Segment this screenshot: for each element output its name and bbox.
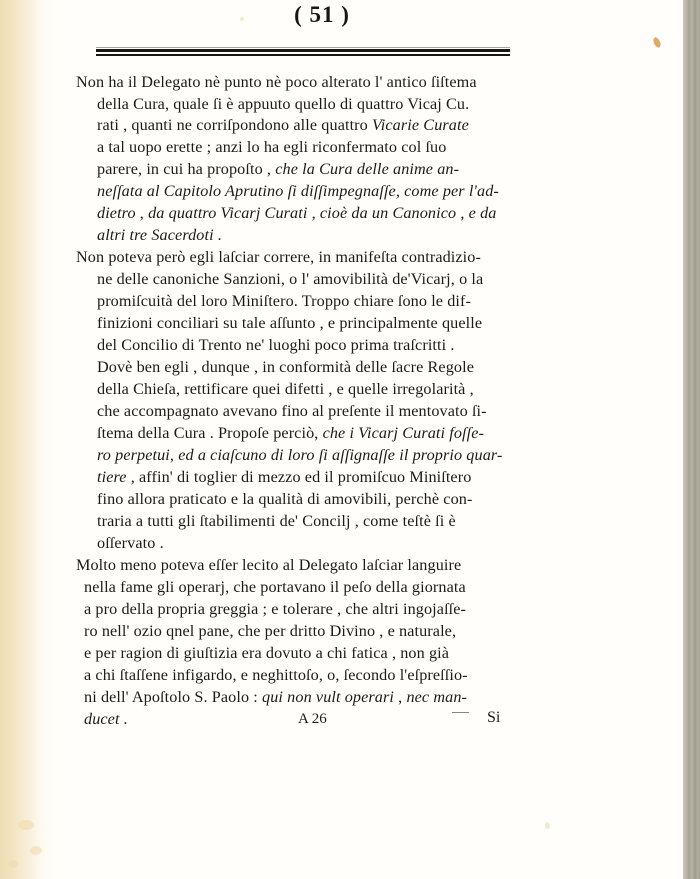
italic-text: ro perpetui [97, 446, 170, 464]
footer-dash [452, 712, 469, 713]
line-text: fino allora praticato e la qualità di am… [97, 490, 472, 508]
signature-mark: A 26 [298, 711, 327, 728]
line-text: rati , quanti ne corriſpondono alle quat… [97, 116, 372, 134]
text-line: Dovè ben egli , dunque , in conformità d… [97, 357, 474, 377]
line-text: nella fame gli operarj, che portavano il… [84, 578, 466, 596]
text-line: a pro della propria greggia ; e tolerare… [84, 599, 466, 619]
text-line: ni dell' Apoſtolo S. Paolo : qui non vul… [84, 687, 467, 707]
line-text: che accompagnato avevano fino al preſent… [97, 402, 487, 420]
line-text: e per ragion di giuſtizia era dovuto a c… [84, 644, 449, 662]
text-line: tiere , affin' di toglier di mezzo ed il… [97, 467, 471, 487]
header-double-rule [96, 47, 510, 56]
line-text: a pro della propria greggia ; e tolerare… [84, 600, 466, 618]
text-line: ro perpetui, ed a ciaſcuno di loro ſi aſ… [97, 445, 502, 465]
text-line: fino allora praticato e la qualità di am… [97, 489, 472, 509]
text-line: ducet . [84, 709, 128, 729]
text-line: che accompagnato avevano fino al preſent… [97, 401, 487, 421]
line-text: oſſervato . [97, 534, 164, 552]
italic-text: Vicarie Curate [372, 116, 469, 134]
ink-stain [652, 36, 662, 49]
foxing-spot [18, 820, 34, 830]
line-text: della Chieſa, rettificare quei difetti ,… [97, 380, 474, 398]
text-line: altri tre Sacerdoti . [97, 225, 222, 245]
catchword: Si [487, 709, 500, 727]
line-text: ni dell' Apoſtolo S. Paolo : [84, 688, 262, 706]
italic-text: nec man- [406, 688, 467, 706]
italic-text: dietro , da quattro Vicarj Curati , cioè… [97, 204, 496, 222]
text-line: rati , quanti ne corriſpondono alle quat… [97, 115, 469, 135]
foxing-spot [240, 17, 244, 21]
line-text: del Concilio di Trento ne' luoghi poco p… [97, 336, 455, 354]
line-text: finizioni conciliari su tale aſſunto , e… [97, 314, 482, 332]
text-line: nella fame gli operarj, che portavano il… [84, 577, 466, 597]
text-line: a tal uopo erette ; anzi lo ha egli rico… [97, 137, 446, 157]
line-text: parere, in cui ha propoſto , [97, 160, 275, 178]
rule-bottom-line [96, 54, 510, 56]
text-line: della Chieſa, rettificare quei difetti ,… [97, 379, 474, 399]
text-line: dietro , da quattro Vicarj Curati , cioè… [97, 203, 496, 223]
text-line: oſſervato . [97, 533, 164, 553]
italic-text: ducet . [84, 710, 128, 728]
text-line: del Concilio di Trento ne' luoghi poco p… [97, 335, 455, 355]
italic-text: ed a ciaſcuno di loro ſi aſſignaſſe il p… [178, 446, 502, 464]
italic-text: neſſata al Capitolo Aprutino ſi diſſimpe… [97, 182, 499, 200]
text-line: promiſcuità del loro Miniſtero. Troppo c… [97, 291, 471, 311]
text-line: della Cura, quale ſi è appuuto quello di… [97, 94, 469, 114]
line-text: Dovè ben egli , dunque , in conformità d… [97, 358, 474, 376]
line-text: , [170, 446, 178, 464]
text-line: finizioni conciliari su tale aſſunto , e… [97, 313, 482, 333]
text-line: Non ha il Delegato nè punto nè poco alte… [76, 72, 477, 92]
text-line: ſtema della Cura . Propoſe perciò, che i… [97, 423, 484, 443]
italic-text: che i Vicarj Curati foſſe- [323, 424, 484, 442]
line-text: Molto meno poteva eſſer lecito al Delega… [76, 556, 461, 574]
text-line: neſſata al Capitolo Aprutino ſi diſſimpe… [97, 181, 499, 201]
book-page: ( 51 ) Non ha il Delegato nè punto nè po… [0, 0, 700, 879]
page-edge-stack [683, 0, 700, 879]
line-text: ſtema della Cura . Propoſe perciò, [97, 424, 323, 442]
italic-text: tiere [97, 468, 127, 486]
line-text: a tal uopo erette ; anzi lo ha egli rico… [97, 138, 446, 156]
rule-thick-line [96, 49, 510, 52]
line-text: traria a tutti gli ſtabilimenti de' Conc… [97, 512, 456, 530]
text-line: parere, in cui ha propoſto , che la Cura… [97, 159, 459, 179]
italic-text: altri tre Sacerdoti . [97, 226, 222, 244]
text-line: traria a tutti gli ſtabilimenti de' Conc… [97, 511, 456, 531]
text-line: ro nell' ozio qnel pane, che per dritto … [84, 621, 456, 641]
line-text: ne delle canoniche Sanzioni, o l' amovib… [97, 270, 483, 288]
foxing-spot [8, 860, 18, 868]
text-line: e per ragion di giuſtizia era dovuto a c… [84, 643, 449, 663]
foxing-spot [545, 822, 550, 829]
line-text: Non poteva però egli laſciar correre, in… [76, 248, 481, 266]
line-text: Non ha il Delegato nè punto nè poco alte… [76, 73, 477, 91]
page-number: ( 51 ) [272, 2, 372, 28]
italic-text: che la Cura delle anime an- [275, 160, 459, 178]
line-text: della Cura, quale ſi è appuuto quello di… [97, 95, 469, 113]
text-line: ne delle canoniche Sanzioni, o l' amovib… [97, 269, 483, 289]
rule-thin-line [96, 47, 510, 48]
line-text: ro nell' ozio qnel pane, che per dritto … [84, 622, 456, 640]
line-text: , [394, 688, 406, 706]
text-line: a chi ſtaſſene infigardo, e neghittoſo, … [84, 665, 468, 685]
text-line: Molto meno poteva eſſer lecito al Delega… [76, 555, 461, 575]
italic-text: qui non vult operari [262, 688, 394, 706]
line-text: promiſcuità del loro Miniſtero. Troppo c… [97, 292, 471, 310]
line-text: a chi ſtaſſene infigardo, e neghittoſo, … [84, 666, 468, 684]
foxing-spot [30, 846, 42, 855]
line-text: , affin' di toglier di mezzo ed il promi… [127, 468, 472, 486]
text-line: Non poteva però egli laſciar correre, in… [76, 247, 481, 267]
